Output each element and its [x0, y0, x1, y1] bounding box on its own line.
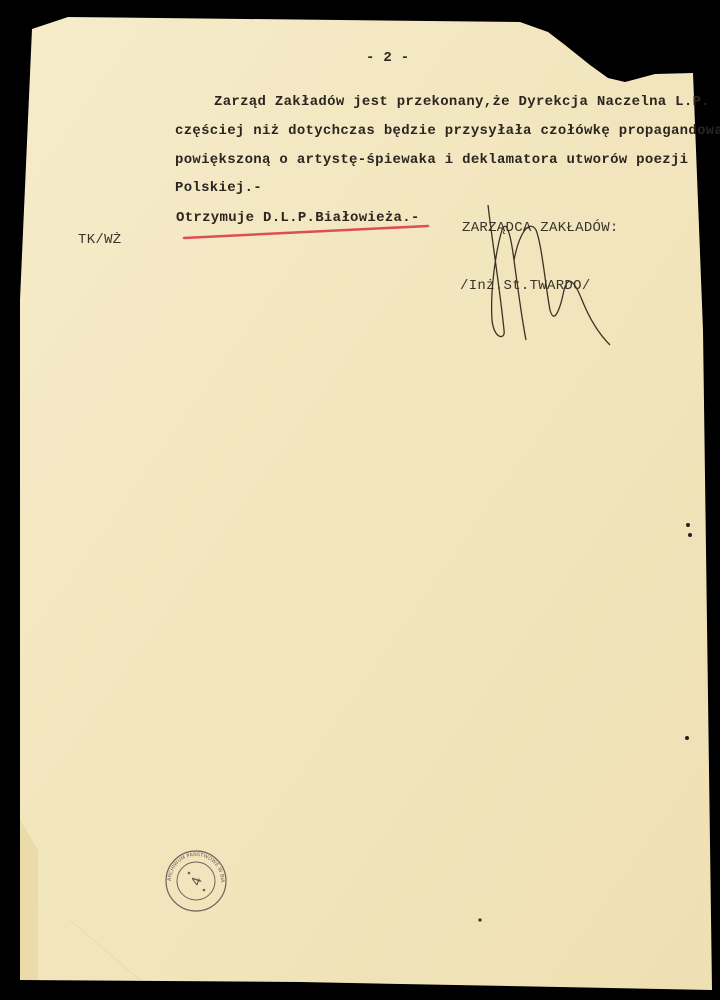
body-line-4: Polskiej.-: [175, 180, 262, 196]
handwritten-signature: [470, 200, 620, 350]
body-line-2: częściej niż dotychczas będzie przysyłał…: [175, 123, 720, 139]
svg-text:4: 4: [189, 875, 206, 888]
archive-stamp: 4 ARCHIWUM PAŃSTWOWE W BIAŁYMSTOKU: [163, 848, 229, 914]
typist-initials: TK/WŻ: [78, 232, 122, 248]
document-page: - 2 - Zarząd Zakładów jest przekonany,że…: [0, 0, 720, 1000]
paper-sheet: [0, 0, 720, 1000]
body-line-3: powiększoną o artystę-śpiewaka i deklama…: [175, 152, 688, 168]
body-line-1: Zarząd Zakładów jest przekonany,że Dyrek…: [214, 94, 710, 110]
page-number: - 2 -: [366, 50, 410, 66]
red-underline: [176, 222, 436, 242]
